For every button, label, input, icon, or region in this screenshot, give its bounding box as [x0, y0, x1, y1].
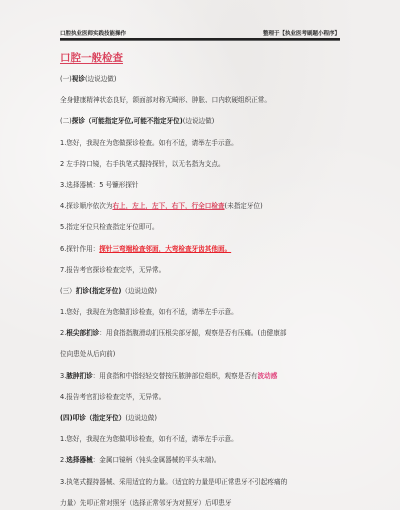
- list-item: 4.报告考官扪诊检查完毕，无异常。: [60, 391, 360, 412]
- page-title: 口腔一般检查: [60, 50, 123, 65]
- document-body: (一)视诊(边说边做) 全身健康精神状态良好，颌面部对称无畸形、肿胀、口内软硬组…: [60, 73, 360, 510]
- item-term: 根尖部扪诊: [66, 329, 99, 337]
- list-item: 2 左手持口镜，右手执笔式握持探针，以无名指为支点。: [60, 158, 360, 179]
- heading-note: (边说边做): [125, 414, 157, 422]
- heading-title: 视诊: [72, 75, 85, 83]
- heading-title: (四)叩诊（指定牙位）: [60, 414, 125, 422]
- list-item: 3.选择器械：5 号镰形探针: [60, 179, 360, 200]
- heading-prefix: (三）: [60, 287, 76, 295]
- heading-note: (边说边做): [183, 117, 215, 125]
- list-item: 3.执笔式握持器械、采用适宜的力量。（适宜的力量是叩正常患牙不引起疼痛的: [60, 476, 360, 497]
- highlighted-text: 探针三弯端检查邻面，大弯检查牙齿其他面。: [99, 245, 231, 253]
- item-text: ：用食指指腹滑动扪压根尖部牙龈，观察是否有压痛。(由健康部: [99, 329, 286, 337]
- item-term: 选择器械: [66, 456, 92, 464]
- section-heading-palpation: (三）扪诊(指定牙位)（边说边做): [60, 285, 360, 306]
- item-text: ：金属口镜柄（钝头金属器械的平头末端)。: [93, 456, 221, 464]
- list-item-continuation: 位向患处从后向前): [60, 348, 360, 369]
- heading-prefix: (一): [60, 75, 72, 83]
- list-item: 6.探针作用：探针三弯端检查邻面，大弯检查牙齿其他面。: [60, 243, 360, 264]
- item-text: ：用食指和中指轻轻交替按压脓肿部位组织，观察是否有: [93, 372, 258, 380]
- heading-title: 探诊（可能指定牙位,可能不指定牙位): [72, 117, 183, 125]
- section-heading-probing: (二)探诊（可能指定牙位,可能不指定牙位)(边说边做): [60, 115, 360, 136]
- list-item: 1.您好，我现在为您做探诊检查。如有不适，请举左手示意。: [60, 137, 360, 158]
- list-item: 4.探诊顺序依次为右上，左上，左下，右下，行全口检查(未指定牙位): [60, 200, 360, 221]
- list-item: 1.您好，我现在为您做扪诊检查，如有不适，请举左手示意。: [60, 306, 360, 327]
- list-item: 2.选择器械：金属口镜柄（钝头金属器械的平头末端)。: [60, 454, 360, 475]
- item-term: 脓肿扪诊: [66, 372, 92, 380]
- heading-prefix: (二): [60, 117, 72, 125]
- header-right-text: 整理于【执业医考刷题小程序】: [263, 29, 340, 37]
- list-item: 1.您好，我现在为您做叩诊检查，如有不适，请举左手示意。: [60, 433, 360, 454]
- item-text: 4.探诊顺序依次为: [60, 202, 112, 210]
- item-text: 6.探针作用：: [60, 245, 99, 253]
- list-item: 5.指定牙位只检查指定牙位即可。: [60, 221, 360, 242]
- heading-note: (边说边做): [85, 75, 117, 83]
- header-left-text: 口腔执业医师实践技能操作: [60, 29, 126, 37]
- paragraph: 全身健康精神状态良好，颌面部对称无畸形、肿胀、口内软硬组织正常。: [60, 94, 360, 115]
- heading-title: 扪诊(指定牙位): [76, 287, 122, 295]
- list-item: 2.根尖部扪诊：用食指指腹滑动扪压根尖部牙龈，观察是否有压痛。(由健康部: [60, 327, 360, 348]
- highlighted-text: 波动感: [258, 372, 278, 380]
- section-heading-inspection: (一)视诊(边说边做): [60, 73, 360, 94]
- heading-note: （边说边做): [121, 287, 157, 295]
- list-item: 7.报告考官探诊检查完毕，无异常。: [60, 264, 360, 285]
- list-item: 3.脓肿扪诊：用食指和中指轻轻交替按压脓肿部位组织，观察是否有波动感: [60, 370, 360, 391]
- section-heading-percussion: (四)叩诊（指定牙位）(边说边做): [60, 412, 360, 433]
- item-note: (未指定牙位): [225, 202, 263, 210]
- highlighted-text: 右上，左上，左下，右下，行全口检查: [112, 202, 224, 210]
- list-item-continuation: 力量）先叩正常对照牙（选择正常邻牙为对照牙）后叩患牙: [60, 497, 360, 510]
- header-rule-thin: [60, 40, 340, 41]
